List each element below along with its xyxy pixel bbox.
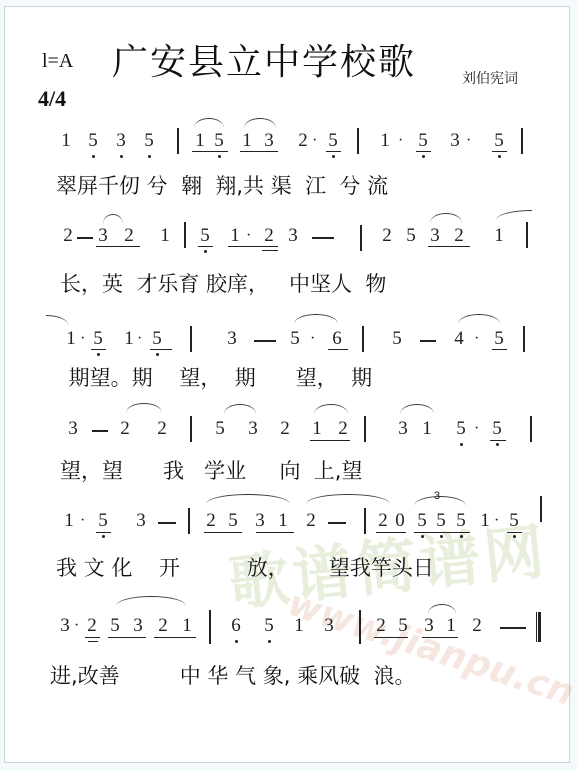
lyrics-line-6: 进,改善 中 华 气 象, 乘风破 浪。 [50, 660, 415, 690]
underline [490, 440, 506, 441]
note: 5 [404, 225, 418, 247]
note: 5 [213, 418, 227, 440]
extension-dash [328, 522, 346, 524]
underline [150, 349, 172, 350]
note: 3 [322, 615, 336, 637]
note: 3 [58, 615, 72, 637]
barline [177, 128, 179, 154]
barline [359, 610, 361, 644]
note: 5 [150, 328, 164, 350]
note: 5 [86, 130, 100, 152]
underline [492, 151, 507, 152]
note: 2 [85, 615, 99, 637]
extension-dash [254, 340, 276, 342]
note: 2 [452, 225, 466, 247]
note: 3 [246, 418, 260, 440]
extension-dash [77, 237, 93, 239]
note: 4 [452, 328, 466, 350]
augmentation-dot: · [398, 130, 403, 152]
underline [240, 151, 278, 152]
note: 3 [422, 615, 436, 637]
note: 5 [390, 328, 404, 350]
barline [523, 326, 525, 352]
augmentation-dot: · [310, 328, 315, 350]
note: 5 [212, 130, 226, 152]
underline [192, 151, 228, 152]
underline [414, 532, 470, 533]
note: 1 [180, 615, 194, 637]
underline [416, 151, 431, 152]
note: 6 [229, 615, 243, 637]
note: 1 [122, 328, 136, 350]
extension-dash [312, 237, 334, 239]
lyrics-line-5: 我 文 化 开 放， 望我竿头日 [56, 552, 434, 582]
underline [256, 532, 294, 533]
underline [228, 246, 278, 247]
augmentation-dot: · [246, 225, 251, 247]
note: 5 [454, 418, 468, 440]
note: 2 [376, 510, 390, 532]
song-title: 广安县立中学校歌 [112, 34, 416, 85]
extension-dash [500, 627, 526, 629]
augmentation-dot: · [74, 615, 79, 637]
final-barline [536, 612, 541, 642]
note: 1 [64, 328, 78, 350]
note: 2 [61, 225, 75, 247]
note: 2 [204, 510, 218, 532]
lyrics-line-2: 长，英 才乐育 胶庠， 中坚人 物 [60, 268, 386, 298]
note: 5 [490, 418, 504, 440]
note: 5 [198, 225, 212, 247]
extension-dash [420, 340, 436, 342]
note: 1 [292, 615, 306, 637]
note: 5 [142, 130, 156, 152]
barline [357, 128, 359, 154]
note: 3 [428, 225, 442, 247]
augmentation-dot: · [474, 418, 479, 440]
underline [96, 532, 111, 533]
note: 3 [225, 328, 239, 350]
lyricist-credit: 刘伯宪词 [462, 68, 518, 88]
barline [521, 128, 523, 154]
note: 2 [278, 418, 292, 440]
note: 3 [262, 130, 276, 152]
augmentation-dot: · [494, 510, 499, 532]
key-signature: l=A [42, 50, 73, 73]
underline [85, 637, 100, 638]
note: 5 [454, 510, 468, 532]
underline [91, 349, 106, 350]
note: 1 [378, 130, 392, 152]
note: 5 [492, 130, 506, 152]
augmentation-dot: · [80, 328, 85, 350]
note: 1 [492, 225, 506, 247]
barline [190, 416, 192, 442]
augmentation-dot: · [312, 130, 317, 152]
barline [209, 610, 211, 644]
note: 1 [228, 225, 242, 247]
note: 5 [507, 510, 521, 532]
note: 5 [396, 615, 410, 637]
note: 5 [326, 130, 340, 152]
note: 2 [156, 615, 170, 637]
lyrics-line-3: 期望。期 望， 期 望， 期 [62, 362, 372, 392]
underline [198, 246, 213, 247]
underline [262, 250, 278, 251]
note: 5 [226, 510, 240, 532]
note: 2 [155, 418, 169, 440]
underline [108, 637, 146, 638]
extension-dash [158, 522, 176, 524]
note: 3 [131, 615, 145, 637]
barline [362, 326, 364, 352]
note: 2 [470, 615, 484, 637]
note: 5 [91, 328, 105, 350]
note: 1 [420, 418, 434, 440]
note: 2 [118, 418, 132, 440]
augmentation-dot: · [466, 130, 471, 152]
underline [376, 532, 406, 533]
note: 5 [434, 510, 448, 532]
note: 3 [396, 418, 410, 440]
note: 1 [62, 510, 76, 532]
note: 3 [253, 510, 267, 532]
note: 2 [122, 225, 136, 247]
note: 6 [330, 328, 344, 350]
note: 1 [478, 510, 492, 532]
note: 1 [193, 130, 207, 152]
barline [188, 508, 190, 534]
lyrics-line-4: 望，望 我 学业 向 上,望 [60, 455, 362, 485]
note: 0 [393, 510, 407, 532]
note: 1 [310, 418, 324, 440]
note: 5 [108, 615, 122, 637]
augmentation-dot: · [474, 328, 479, 350]
underline [428, 246, 470, 247]
underline [204, 532, 242, 533]
note: 1 [240, 130, 254, 152]
note: 5 [492, 328, 506, 350]
barline [364, 508, 366, 534]
note: 5 [262, 615, 276, 637]
augmentation-dot: · [80, 510, 85, 532]
note: 2 [374, 615, 388, 637]
barline [360, 225, 362, 251]
barline [526, 222, 528, 248]
extension-dash [92, 430, 108, 432]
underline [374, 637, 408, 638]
barline [190, 326, 192, 352]
note: 1 [59, 130, 73, 152]
barline [184, 222, 186, 248]
note: 3 [134, 510, 148, 532]
note: 5 [415, 510, 429, 532]
underline [328, 349, 348, 350]
underline [507, 532, 522, 533]
note: 1 [444, 615, 458, 637]
underline [492, 349, 507, 350]
barline [540, 496, 542, 522]
note: 2 [262, 225, 276, 247]
note: 2 [336, 418, 350, 440]
underline [154, 637, 196, 638]
augmentation-dot: · [137, 328, 142, 350]
note: 3 [96, 225, 110, 247]
note: 3 [286, 225, 300, 247]
note: 2 [304, 510, 318, 532]
note: 5 [96, 510, 110, 532]
time-signature: 4/4 [38, 86, 66, 112]
underline [326, 151, 341, 152]
lyrics-line-1: 翠屏千仞 兮 翱 翔,共 渠 江 兮 流 [56, 170, 388, 200]
note: 2 [380, 225, 394, 247]
note: 3 [66, 418, 80, 440]
note: 3 [114, 130, 128, 152]
note: 2 [296, 130, 310, 152]
note: 1 [158, 225, 172, 247]
underline [310, 440, 350, 441]
underline [88, 641, 98, 642]
note: 5 [288, 328, 302, 350]
note: 1 [276, 510, 290, 532]
underline [96, 246, 140, 247]
barline [364, 416, 366, 442]
barline [530, 416, 532, 442]
underline [422, 637, 458, 638]
note: 5 [416, 130, 430, 152]
note: 3 [448, 130, 462, 152]
